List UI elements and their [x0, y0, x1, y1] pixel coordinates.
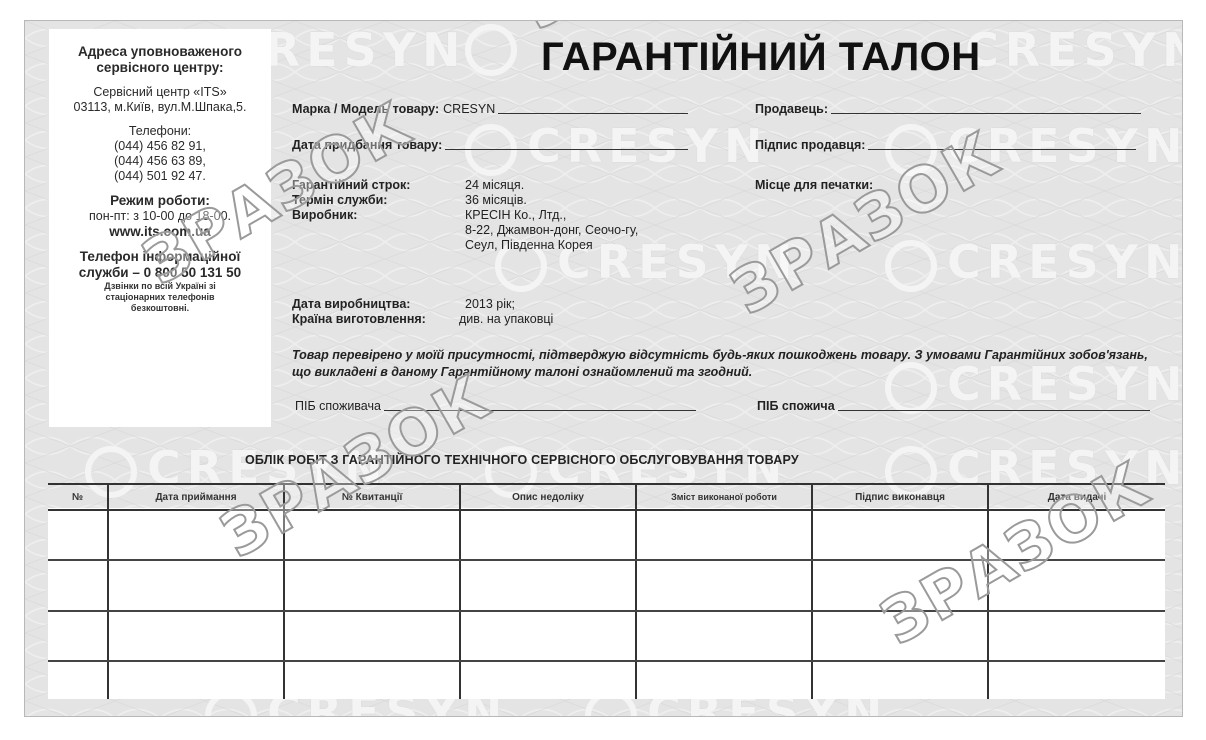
seller-signature-label: Підпис продавця:	[755, 138, 865, 152]
table-cell[interactable]	[284, 560, 460, 610]
page-title: ГАРАНТІЙНИЙ ТАЛОН	[541, 35, 981, 80]
consumer-name-field-2: ПІБ спожича	[757, 399, 1150, 413]
brand-logo-watermark	[465, 20, 527, 76]
spec-value: 8-22, Джамвон-донг, Сеочо-гу,	[465, 223, 638, 238]
spec-value: КРЕСІН Ко., Лтд.,	[465, 208, 566, 223]
brand-logo-icon	[465, 24, 517, 76]
table-cell[interactable]	[636, 611, 812, 661]
table-cell[interactable]	[812, 661, 988, 699]
phones-label: Телефони:	[49, 124, 271, 139]
spec-value: Сеул, Південна Корея	[465, 238, 593, 253]
column-header-defect-description: Опис недоліку	[460, 484, 636, 510]
table-cell[interactable]	[284, 661, 460, 699]
table-cell[interactable]	[48, 611, 108, 661]
service-center-address: 03113, м.Київ, вул.М.Шпака,5.	[49, 100, 271, 115]
warranty-card: CRESYN CRESYN CRESYN CRESYN CRESYN CRESY…	[24, 20, 1183, 717]
service-center-heading: Адреса уповноваженого	[49, 44, 271, 60]
service-center-heading: сервісного центру:	[49, 60, 271, 76]
seller-label: Продавець:	[755, 102, 828, 116]
spec-label: Країна виготовлення:	[292, 312, 426, 327]
table-cell[interactable]	[636, 661, 812, 699]
column-header-work-performed: Зміст виконаної роботи	[636, 484, 812, 510]
table-cell[interactable]	[988, 611, 1165, 661]
purchase-date-input-line[interactable]	[445, 148, 688, 150]
spec-value: 36 місяців.	[465, 193, 527, 208]
table-cell[interactable]	[48, 661, 108, 699]
brand-logo-watermark: CRESYN	[885, 235, 1183, 292]
free-calls-note: безкоштовні.	[49, 303, 271, 314]
seller-signature-input-line[interactable]	[868, 148, 1136, 150]
spec-value: 2013 рік;	[465, 297, 515, 312]
table-cell[interactable]	[48, 560, 108, 610]
consumer-name-field: ПІБ споживача	[295, 399, 696, 413]
free-calls-note: стаціонарних телефонів	[49, 292, 271, 303]
table-cell[interactable]	[108, 560, 284, 610]
phone-number: (044) 456 82 91,	[49, 139, 271, 154]
service-center-name: Сервісний центр «ITS»	[49, 85, 271, 100]
table-cell[interactable]	[108, 661, 284, 699]
table-cell[interactable]	[460, 560, 636, 610]
brand-logo-watermark: CRESYN	[965, 23, 1183, 77]
table-cell[interactable]	[108, 611, 284, 661]
phone-number: (044) 456 63 89,	[49, 154, 271, 169]
spec-value: 24 місяця.	[465, 178, 524, 193]
table-cell[interactable]	[48, 510, 108, 560]
consumer-name-input-line-2[interactable]	[838, 409, 1150, 411]
seller-input-line[interactable]	[831, 112, 1141, 114]
consumer-name-label-2: ПІБ спожича	[757, 399, 835, 413]
spec-value: див. на упаковці	[459, 312, 553, 327]
consent-statement: Товар перевірено у моїй присутності, під…	[292, 347, 1162, 381]
table-cell[interactable]	[636, 560, 812, 610]
model-input-line[interactable]	[498, 112, 688, 114]
consumer-name-label: ПІБ споживача	[295, 399, 381, 413]
spec-label: Дата виробництва:	[292, 297, 410, 312]
table-cell[interactable]	[636, 510, 812, 560]
table-cell[interactable]	[284, 611, 460, 661]
model-value: CRESYN	[443, 102, 495, 116]
seller-field: Продавець:	[755, 102, 1141, 116]
table-cell[interactable]	[460, 510, 636, 560]
column-header-number: №	[48, 484, 108, 510]
table-cell[interactable]	[988, 661, 1165, 699]
table-cell[interactable]	[460, 661, 636, 699]
column-header-technician-signature: Підпис виконавця	[812, 484, 988, 510]
table-cell[interactable]	[460, 611, 636, 661]
table-row	[48, 611, 1165, 661]
table-row	[48, 661, 1165, 699]
